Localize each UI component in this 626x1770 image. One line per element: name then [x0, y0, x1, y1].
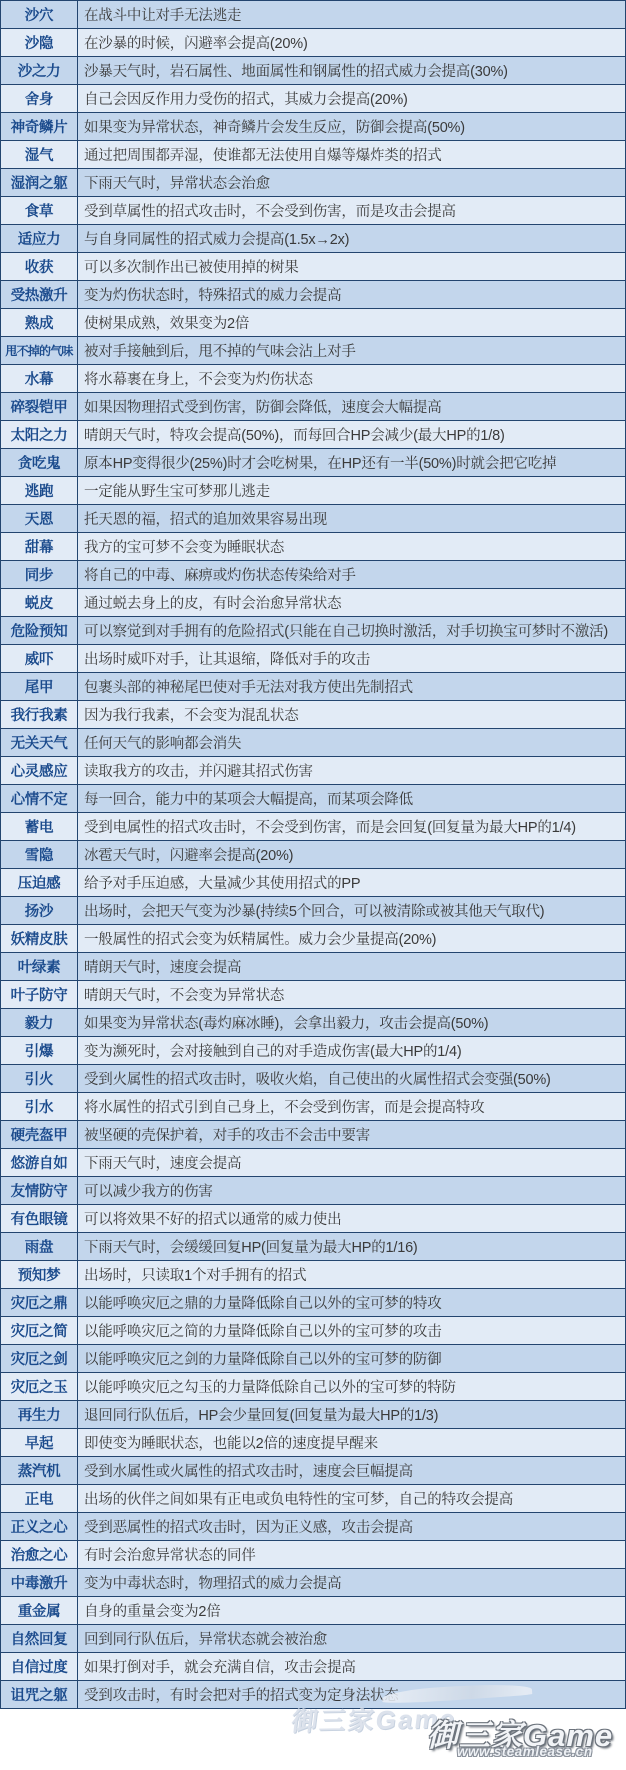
table-row: 适应力 与自身同属性的招式威力会提高(1.5x→2x) [1, 225, 625, 253]
ability-name: 沙之力 [1, 57, 78, 84]
ability-description: 受到攻击时，有时会把对手的招式变为定身法状态 [78, 1681, 625, 1708]
table-row: 引爆 变为濒死时，会对接触到自己的对手造成伤害(最大HP的1/4) [1, 1037, 625, 1065]
table-row: 有色眼镜 可以将效果不好的招式以通常的威力使出 [1, 1205, 625, 1233]
table-row: 尾甲 包裹头部的神秘尾巴使对手无法对我方使出先制招式 [1, 673, 625, 701]
ability-name: 甜幕 [1, 533, 78, 560]
table-row: 治愈之心 有时会治愈异常状态的同伴 [1, 1541, 625, 1569]
ability-description: 有时会治愈异常状态的同伴 [78, 1541, 625, 1568]
ability-description: 下雨天气时，会缓缓回复HP(回复量为最大HP的1/16) [78, 1233, 625, 1260]
table-row: 蒸汽机 受到水属性或火属性的招式攻击时，速度会巨幅提高 [1, 1457, 625, 1485]
table-row: 诅咒之躯 受到攻击时，有时会把对手的招式变为定身法状态 [1, 1681, 625, 1709]
ability-name: 天恩 [1, 505, 78, 532]
table-row: 正电 出场的伙伴之间如果有正电或负电特性的宝可梦，自己的特攻会提高 [1, 1485, 625, 1513]
table-row: 悠游自如 下雨天气时，速度会提高 [1, 1149, 625, 1177]
ability-name: 受热激升 [1, 281, 78, 308]
ability-description: 受到火属性的招式攻击时，吸收火焰，自己使出的火属性招式会变强(50%) [78, 1065, 625, 1092]
ability-name: 无关天气 [1, 729, 78, 756]
table-row: 湿润之躯 下雨天气时，异常状态会治愈 [1, 169, 625, 197]
ability-description: 可以察觉到对手拥有的危险招式(只能在自己切换时激活，对手切换宝可梦时不激活) [78, 617, 625, 644]
table-row: 危险预知 可以察觉到对手拥有的危险招式(只能在自己切换时激活，对手切换宝可梦时不… [1, 617, 625, 645]
table-row: 沙穴 在战斗中让对手无法逃走 [1, 1, 625, 29]
ability-description: 变为中毒状态时，物理招式的威力会提高 [78, 1569, 625, 1596]
ability-description: 原本HP变得很少(25%)时才会吃树果，在HP还有一半(50%)时就会把它吃掉 [78, 449, 625, 476]
table-row: 重金属 自身的重量会变为2倍 [1, 1597, 625, 1625]
ability-description: 以能呼唤灾厄之剑的力量降低除自己以外的宝可梦的防御 [78, 1345, 625, 1372]
ability-description: 以能呼唤灾厄之简的力量降低除自己以外的宝可梦的攻击 [78, 1317, 625, 1344]
table-row: 灾厄之玉 以能呼唤灾厄之勾玉的力量降低除自己以外的宝可梦的特防 [1, 1373, 625, 1401]
table-row: 自然回复 回到同行队伍后，异常状态就会被治愈 [1, 1625, 625, 1653]
table-row: 毅力 如果变为异常状态(毒灼麻冰睡)，会拿出毅力，攻击会提高(50%) [1, 1009, 625, 1037]
ability-name: 灾厄之剑 [1, 1345, 78, 1372]
table-row: 引水 将水属性的招式引到自己身上，不会受到伤害，而是会提高特攻 [1, 1093, 625, 1121]
ability-description: 晴朗天气时，速度会提高 [78, 953, 625, 980]
table-row: 碎裂铠甲 如果因物理招式受到伤害，防御会降低，速度会大幅提高 [1, 393, 625, 421]
table-row: 食草 受到草属性的招式攻击时，不会受到伤害，而是攻击会提高 [1, 197, 625, 225]
ability-name: 舍身 [1, 85, 78, 112]
table-row: 雨盘 下雨天气时，会缓缓回复HP(回复量为最大HP的1/16) [1, 1233, 625, 1261]
table-row: 早起 即使变为睡眠状态，也能以2倍的速度提早醒来 [1, 1429, 625, 1457]
table-row: 灾厄之简 以能呼唤灾厄之简的力量降低除自己以外的宝可梦的攻击 [1, 1317, 625, 1345]
table-row: 压迫感 给予对手压迫感，大量减少其使用招式的PP [1, 869, 625, 897]
table-row: 水幕 将水幕裹在身上，不会变为灼伤状态 [1, 365, 625, 393]
ability-description: 被坚硬的壳保护着，对手的攻击不会击中要害 [78, 1121, 625, 1148]
table-row: 妖精皮肤 一般属性的招式会变为妖精属性。威力会少量提高(20%) [1, 925, 625, 953]
table-row: 自信过度 如果打倒对手，就会充满自信，攻击会提高 [1, 1653, 625, 1681]
ability-name: 沙隐 [1, 29, 78, 56]
watermark-url-text: www.steamlease.cn [457, 1744, 593, 1759]
table-row: 威吓 出场时威吓对手，让其退缩，降低对手的攻击 [1, 645, 625, 673]
ability-name: 诅咒之躯 [1, 1681, 78, 1708]
table-row: 雪隐 冰雹天气时，闪避率会提高(20%) [1, 841, 625, 869]
table-row: 叶子防守 晴朗天气时，不会变为异常状态 [1, 981, 625, 1009]
ability-name: 治愈之心 [1, 1541, 78, 1568]
ability-name: 甩不掉的气味 [1, 337, 78, 364]
ability-name: 贪吃鬼 [1, 449, 78, 476]
ability-name: 扬沙 [1, 897, 78, 924]
ability-name: 正义之心 [1, 1513, 78, 1540]
ability-description: 任何天气的影响都会消失 [78, 729, 625, 756]
ability-name: 湿润之躯 [1, 169, 78, 196]
ability-description: 出场时，只读取1个对手拥有的招式 [78, 1261, 625, 1288]
ability-description: 出场时，会把天气变为沙暴(持续5个回合，可以被清除或被其他天气取代) [78, 897, 625, 924]
ability-name: 灾厄之玉 [1, 1373, 78, 1400]
ability-description: 托天恩的福，招式的追加效果容易出现 [78, 505, 625, 532]
ability-description: 出场时威吓对手，让其退缩，降低对手的攻击 [78, 645, 625, 672]
ability-name: 硬壳盔甲 [1, 1121, 78, 1148]
ability-description: 受到水属性或火属性的招式攻击时，速度会巨幅提高 [78, 1457, 625, 1484]
ability-name: 灾厄之简 [1, 1317, 78, 1344]
ability-name: 心灵感应 [1, 757, 78, 784]
table-row: 贪吃鬼 原本HP变得很少(25%)时才会吃树果，在HP还有一半(50%)时就会把… [1, 449, 625, 477]
ability-description: 每一回合，能力中的某项会大幅提高，而某项会降低 [78, 785, 625, 812]
ability-name: 水幕 [1, 365, 78, 392]
ability-name: 蒸汽机 [1, 1457, 78, 1484]
ability-name: 逃跑 [1, 477, 78, 504]
ability-description: 受到电属性的招式攻击时，不会受到伤害，而是会回复(回复量为最大HP的1/4) [78, 813, 625, 840]
ability-description: 变为濒死时，会对接触到自己的对手造成伤害(最大HP的1/4) [78, 1037, 625, 1064]
table-row: 再生力 退回同行队伍后，HP会少量回复(回复量为最大HP的1/3) [1, 1401, 625, 1429]
ability-name: 威吓 [1, 645, 78, 672]
ability-description: 可以将效果不好的招式以通常的威力使出 [78, 1205, 625, 1232]
ability-description: 使树果成熟，效果变为2倍 [78, 309, 625, 336]
ability-description: 可以减少我方的伤害 [78, 1177, 625, 1204]
ability-name: 妖精皮肤 [1, 925, 78, 952]
ability-name: 再生力 [1, 1401, 78, 1428]
table-row: 蜕皮 通过蜕去身上的皮，有时会治愈异常状态 [1, 589, 625, 617]
ability-name: 适应力 [1, 225, 78, 252]
table-row: 扬沙 出场时，会把天气变为沙暴(持续5个回合，可以被清除或被其他天气取代) [1, 897, 625, 925]
ability-description: 以能呼唤灾厄之鼎的力量降低除自己以外的宝可梦的特攻 [78, 1289, 625, 1316]
ability-name: 叶子防守 [1, 981, 78, 1008]
ability-name: 早起 [1, 1429, 78, 1456]
ability-name: 友情防守 [1, 1177, 78, 1204]
ability-description: 如果打倒对手，就会充满自信，攻击会提高 [78, 1653, 625, 1680]
ability-description: 通过把周围都弄湿，使谁都无法使用自爆等爆炸类的招式 [78, 141, 625, 168]
ability-name: 有色眼镜 [1, 1205, 78, 1232]
ability-name: 悠游自如 [1, 1149, 78, 1176]
table-row: 预知梦 出场时，只读取1个对手拥有的招式 [1, 1261, 625, 1289]
ability-name: 熟成 [1, 309, 78, 336]
watermark-logo-text: 御三家Game [427, 1710, 613, 1755]
ability-name: 蜕皮 [1, 589, 78, 616]
abilities-table: 沙穴 在战斗中让对手无法逃走 沙隐 在沙暴的时候，闪避率会提高(20%) 沙之力… [0, 0, 626, 1709]
ability-name: 雨盘 [1, 1233, 78, 1260]
ability-description: 下雨天气时，速度会提高 [78, 1149, 625, 1176]
table-row: 同步 将自己的中毒、麻痹或灼伤状态传染给对手 [1, 561, 625, 589]
ability-description: 出场的伙伴之间如果有正电或负电特性的宝可梦，自己的特攻会提高 [78, 1485, 625, 1512]
ability-description: 回到同行队伍后，异常状态就会被治愈 [78, 1625, 625, 1652]
ability-name: 危险预知 [1, 617, 78, 644]
table-row: 硬壳盔甲 被坚硬的壳保护着，对手的攻击不会击中要害 [1, 1121, 625, 1149]
ability-description: 以能呼唤灾厄之勾玉的力量降低除自己以外的宝可梦的特防 [78, 1373, 625, 1400]
ability-description: 沙暴天气时，岩石属性、地面属性和钢属性的招式威力会提高(30%) [78, 57, 625, 84]
table-row: 太阳之力 晴朗天气时，特攻会提高(50%)，而每回合HP会减少(最大HP的1/8… [1, 421, 625, 449]
ability-description: 自己会因反作用力受伤的招式，其威力会提高(20%) [78, 85, 625, 112]
ability-description: 在沙暴的时候，闪避率会提高(20%) [78, 29, 625, 56]
ability-description: 我方的宝可梦不会变为睡眠状态 [78, 533, 625, 560]
ability-description: 下雨天气时，异常状态会治愈 [78, 169, 625, 196]
table-row: 熟成 使树果成熟，效果变为2倍 [1, 309, 625, 337]
ability-description: 受到草属性的招式攻击时，不会受到伤害，而是攻击会提高 [78, 197, 625, 224]
ability-name: 我行我素 [1, 701, 78, 728]
ability-name: 食草 [1, 197, 78, 224]
table-row: 中毒激升 变为中毒状态时，物理招式的威力会提高 [1, 1569, 625, 1597]
ability-description: 将水幕裹在身上，不会变为灼伤状态 [78, 365, 625, 392]
ability-description: 可以多次制作出已被使用掉的树果 [78, 253, 625, 280]
ability-name: 引水 [1, 1093, 78, 1120]
ability-description: 受到恶属性的招式攻击时，因为正义感，攻击会提高 [78, 1513, 625, 1540]
ability-description: 即使变为睡眠状态，也能以2倍的速度提早醒来 [78, 1429, 625, 1456]
ability-description: 冰雹天气时，闪避率会提高(20%) [78, 841, 625, 868]
ability-description: 如果因物理招式受到伤害，防御会降低，速度会大幅提高 [78, 393, 625, 420]
ability-description: 给予对手压迫感，大量减少其使用招式的PP [78, 869, 625, 896]
table-row: 神奇鳞片 如果变为异常状态，神奇鳞片会发生反应，防御会提高(50%) [1, 113, 625, 141]
table-row: 正义之心 受到恶属性的招式攻击时，因为正义感，攻击会提高 [1, 1513, 625, 1541]
ability-name: 自然回复 [1, 1625, 78, 1652]
table-row: 甩不掉的气味 被对手接触到后，甩不掉的气味会沾上对手 [1, 337, 625, 365]
ability-description: 被对手接触到后，甩不掉的气味会沾上对手 [78, 337, 625, 364]
ability-name: 正电 [1, 1485, 78, 1512]
table-row: 友情防守 可以减少我方的伤害 [1, 1177, 625, 1205]
table-row: 天恩 托天恩的福，招式的追加效果容易出现 [1, 505, 625, 533]
ability-name: 叶绿素 [1, 953, 78, 980]
table-row: 受热激升 变为灼伤状态时，特殊招式的威力会提高 [1, 281, 625, 309]
ability-description: 如果变为异常状态(毒灼麻冰睡)，会拿出毅力，攻击会提高(50%) [78, 1009, 625, 1036]
ability-description: 晴朗天气时，不会变为异常状态 [78, 981, 625, 1008]
ability-name: 收获 [1, 253, 78, 280]
ability-name: 压迫感 [1, 869, 78, 896]
table-row: 沙隐 在沙暴的时候，闪避率会提高(20%) [1, 29, 625, 57]
table-row: 灾厄之剑 以能呼唤灾厄之剑的力量降低除自己以外的宝可梦的防御 [1, 1345, 625, 1373]
ability-name: 重金属 [1, 1597, 78, 1624]
ability-description: 将自己的中毒、麻痹或灼伤状态传染给对手 [78, 561, 625, 588]
table-row: 湿气 通过把周围都弄湿，使谁都无法使用自爆等爆炸类的招式 [1, 141, 625, 169]
ability-name: 灾厄之鼎 [1, 1289, 78, 1316]
ability-name: 引火 [1, 1065, 78, 1092]
ability-name: 神奇鳞片 [1, 113, 78, 140]
ability-name: 蓄电 [1, 813, 78, 840]
ability-name: 太阳之力 [1, 421, 78, 448]
table-row: 甜幕 我方的宝可梦不会变为睡眠状态 [1, 533, 625, 561]
ability-description: 一定能从野生宝可梦那儿逃走 [78, 477, 625, 504]
ability-description: 因为我行我素，不会变为混乱状态 [78, 701, 625, 728]
ability-name: 湿气 [1, 141, 78, 168]
ability-name: 预知梦 [1, 1261, 78, 1288]
table-row: 收获 可以多次制作出已被使用掉的树果 [1, 253, 625, 281]
ability-name: 同步 [1, 561, 78, 588]
ability-name: 自信过度 [1, 1653, 78, 1680]
ability-name: 碎裂铠甲 [1, 393, 78, 420]
table-row: 灾厄之鼎 以能呼唤灾厄之鼎的力量降低除自己以外的宝可梦的特攻 [1, 1289, 625, 1317]
table-row: 叶绿素 晴朗天气时，速度会提高 [1, 953, 625, 981]
table-row: 无关天气 任何天气的影响都会消失 [1, 729, 625, 757]
ability-name: 引爆 [1, 1037, 78, 1064]
table-row: 蓄电 受到电属性的招式攻击时，不会受到伤害，而是会回复(回复量为最大HP的1/4… [1, 813, 625, 841]
table-row: 沙之力 沙暴天气时，岩石属性、地面属性和钢属性的招式威力会提高(30%) [1, 57, 625, 85]
ability-description: 读取我方的攻击，并闪避其招式伤害 [78, 757, 625, 784]
ability-name: 雪隐 [1, 841, 78, 868]
ability-description: 包裹头部的神秘尾巴使对手无法对我方使出先制招式 [78, 673, 625, 700]
ability-description: 与自身同属性的招式威力会提高(1.5x→2x) [78, 225, 625, 252]
ability-description: 退回同行队伍后，HP会少量回复(回复量为最大HP的1/3) [78, 1401, 625, 1428]
ability-description: 将水属性的招式引到自己身上，不会受到伤害，而是会提高特攻 [78, 1093, 625, 1120]
ability-description: 通过蜕去身上的皮，有时会治愈异常状态 [78, 589, 625, 616]
table-row: 引火 受到火属性的招式攻击时，吸收火焰，自己使出的火属性招式会变强(50%) [1, 1065, 625, 1093]
ability-description: 一般属性的招式会变为妖精属性。威力会少量提高(20%) [78, 925, 625, 952]
ability-name: 尾甲 [1, 673, 78, 700]
table-row: 逃跑 一定能从野生宝可梦那儿逃走 [1, 477, 625, 505]
table-row: 我行我素 因为我行我素，不会变为混乱状态 [1, 701, 625, 729]
table-row: 心灵感应 读取我方的攻击，并闪避其招式伤害 [1, 757, 625, 785]
ability-name: 毅力 [1, 1009, 78, 1036]
ability-description: 晴朗天气时，特攻会提高(50%)，而每回合HP会减少(最大HP的1/8) [78, 421, 625, 448]
ability-description: 如果变为异常状态，神奇鳞片会发生反应，防御会提高(50%) [78, 113, 625, 140]
ability-description: 变为灼伤状态时，特殊招式的威力会提高 [78, 281, 625, 308]
table-row: 心情不定 每一回合，能力中的某项会大幅提高，而某项会降低 [1, 785, 625, 813]
ability-description: 自身的重量会变为2倍 [78, 1597, 625, 1624]
ability-name: 心情不定 [1, 785, 78, 812]
ability-description: 在战斗中让对手无法逃走 [78, 1, 625, 28]
table-row: 舍身 自己会因反作用力受伤的招式，其威力会提高(20%) [1, 85, 625, 113]
ability-name: 沙穴 [1, 1, 78, 28]
ability-name: 中毒激升 [1, 1569, 78, 1596]
